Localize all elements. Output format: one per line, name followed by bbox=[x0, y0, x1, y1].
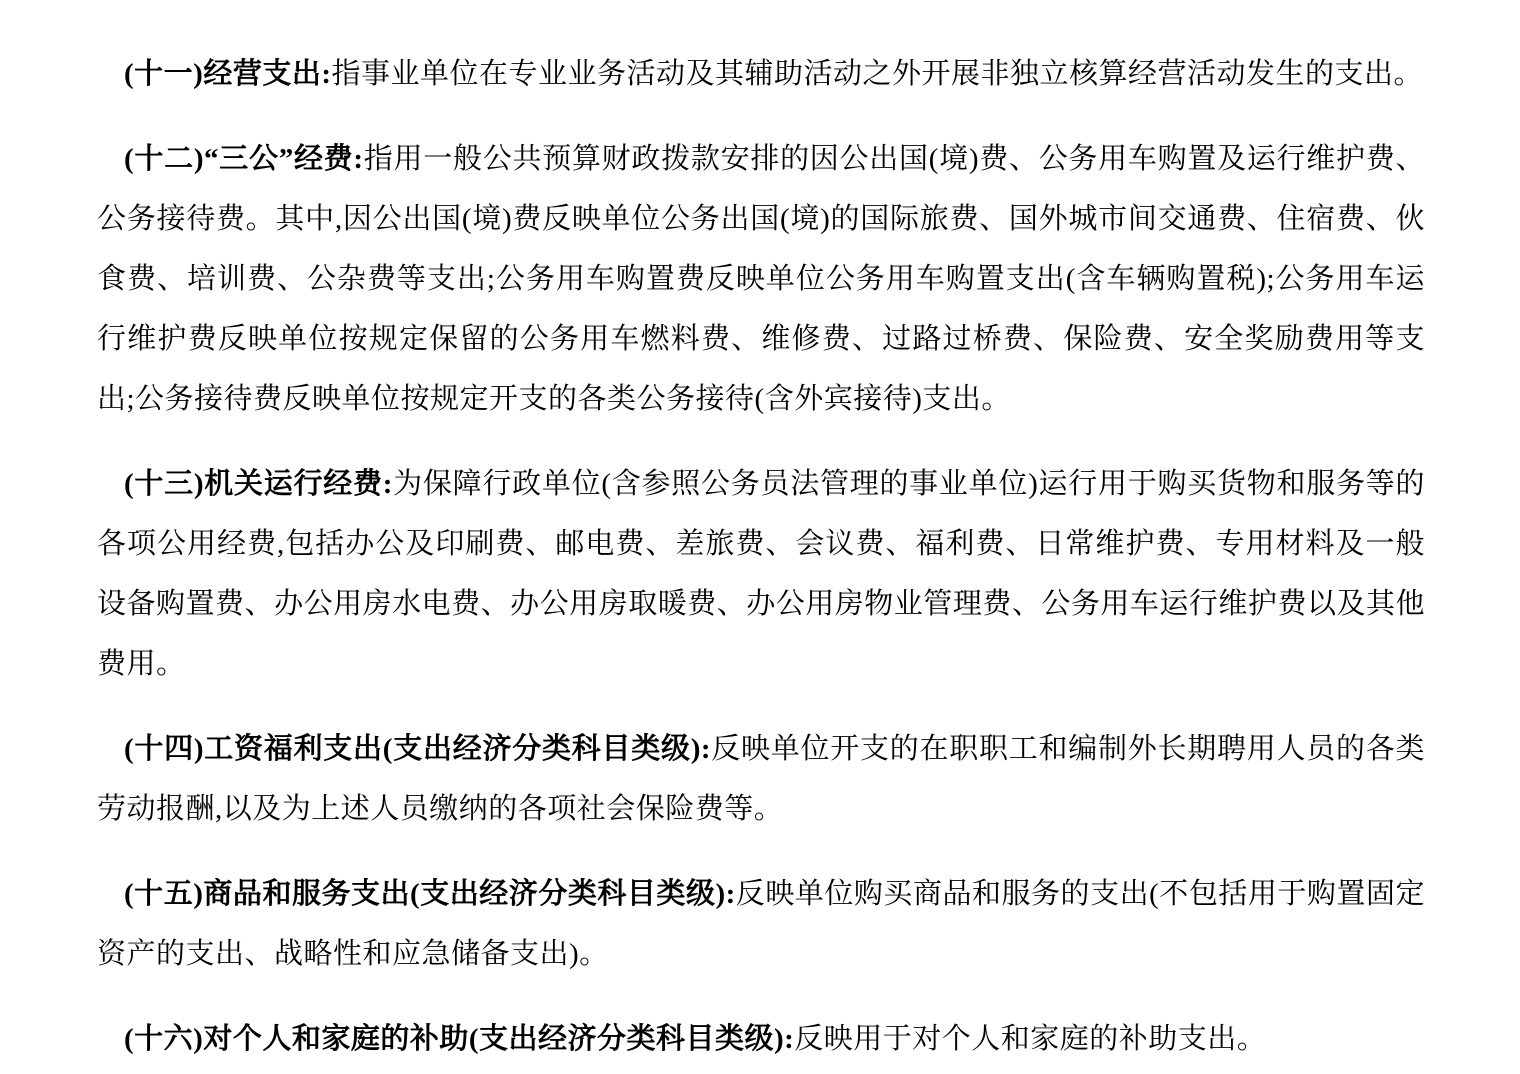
document-body: (十一)经营支出:指事业单位在专业业务活动及其辅助活动之外开展非独立核算经营活动… bbox=[97, 44, 1425, 1069]
paragraph-12-heading: (十二)“三公”经费: bbox=[124, 143, 364, 175]
paragraph-12: (十二)“三公”经费:指用一般公共预算财政拨款安排的因公出国(境)费、公务用车购… bbox=[97, 129, 1425, 429]
paragraph-16-heading: (十六)对个人和家庭的补助(支出经济分类科目类级): bbox=[124, 1023, 794, 1055]
paragraph-13: (十三)机关运行经费:为保障行政单位(含参照公务员法管理的事业单位)运行用于购买… bbox=[97, 454, 1425, 694]
paragraph-15: (十五)商品和服务支出(支出经济分类科目类级):反映单位购买商品和服务的支出(不… bbox=[97, 864, 1425, 984]
paragraph-13-heading: (十三)机关运行经费: bbox=[124, 468, 393, 500]
paragraph-11-text: 指事业单位在专业业务活动及其辅助活动之外开展非独立核算经营活动发生的支出。 bbox=[331, 58, 1423, 90]
paragraph-12-text: 指用一般公共预算财政拨款安排的因公出国(境)费、公务用车购置及运行维护费、公务接… bbox=[97, 143, 1425, 415]
paragraph-14: (十四)工资福利支出(支出经济分类科目类级):反映单位开支的在职职工和编制外长期… bbox=[97, 719, 1425, 839]
paragraph-16-text: 反映用于对个人和家庭的补助支出。 bbox=[794, 1023, 1266, 1055]
paragraph-11: (十一)经营支出:指事业单位在专业业务活动及其辅助活动之外开展非独立核算经营活动… bbox=[97, 44, 1425, 104]
paragraph-11-heading: (十一)经营支出: bbox=[124, 58, 331, 90]
document-page: (十一)经营支出:指事业单位在专业业务活动及其辅助活动之外开展非独立核算经营活动… bbox=[0, 0, 1520, 1074]
paragraph-15-heading: (十五)商品和服务支出(支出经济分类科目类级): bbox=[124, 878, 736, 910]
paragraph-14-heading: (十四)工资福利支出(支出经济分类科目类级): bbox=[124, 733, 711, 765]
paragraph-16: (十六)对个人和家庭的补助(支出经济分类科目类级):反映用于对个人和家庭的补助支… bbox=[97, 1009, 1425, 1069]
